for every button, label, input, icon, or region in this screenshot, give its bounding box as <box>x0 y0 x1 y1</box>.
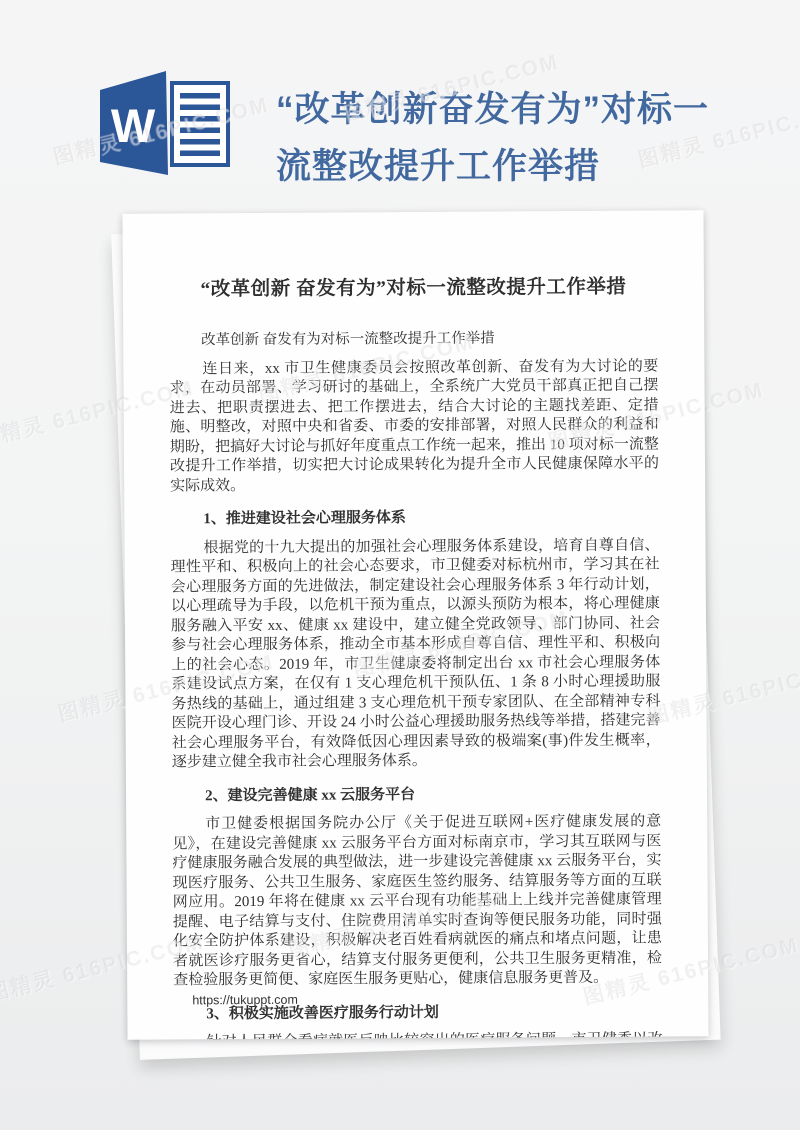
page-title-line-1: “改革创新奋发有为”对标一 <box>276 81 746 138</box>
word-file-icon: W <box>100 70 232 176</box>
doc-footer-url: https://tukuppt.com <box>192 993 298 1008</box>
doc-section-2-heading: 2、建设完善健康 xx 云服务平台 <box>172 784 661 806</box>
doc-title: “改革创新 奋发有为”对标一流整改提升工作举措 <box>169 275 658 304</box>
doc-section-1-heading: 1、推进建设社会心理服务体系 <box>170 508 659 530</box>
document-page: “改革创新 奋发有为”对标一流整改提升工作举措 改革创新 奋发有为对标一流整改提… <box>122 210 708 1040</box>
header: W “改革创新奋发有为”对标一 流整改提升工作举措 <box>0 0 800 212</box>
word-icon-letter: W <box>111 99 156 152</box>
word-icon-page <box>172 83 228 165</box>
page-title: “改革创新奋发有为”对标一 流整改提升工作举措 <box>276 81 746 195</box>
doc-section-2-body: 市卫健委根据国务院办公厅《关于促进互联网+医疗健康发展的意见》，在建设完善健康 … <box>172 813 662 991</box>
preview-page: W “改革创新奋发有为”对标一 流整改提升工作举措 “改革创新 奋发有为”对标一… <box>0 0 800 1130</box>
page-title-line-2: 流整改提升工作举措 <box>276 138 746 195</box>
doc-intro-paragraph: 连日来，xx 市卫生健康委员会按照改革创新、奋发有为大讨论的要求，在动员部署、学… <box>169 357 659 496</box>
doc-subtitle: 改革创新 奋发有为对标一流整改提升工作举措 <box>169 329 658 351</box>
doc-section-1-body: 根据党的十九大提出的加强社会心理服务体系建设，培育自尊自信、理性平和、积极向上的… <box>170 536 660 773</box>
